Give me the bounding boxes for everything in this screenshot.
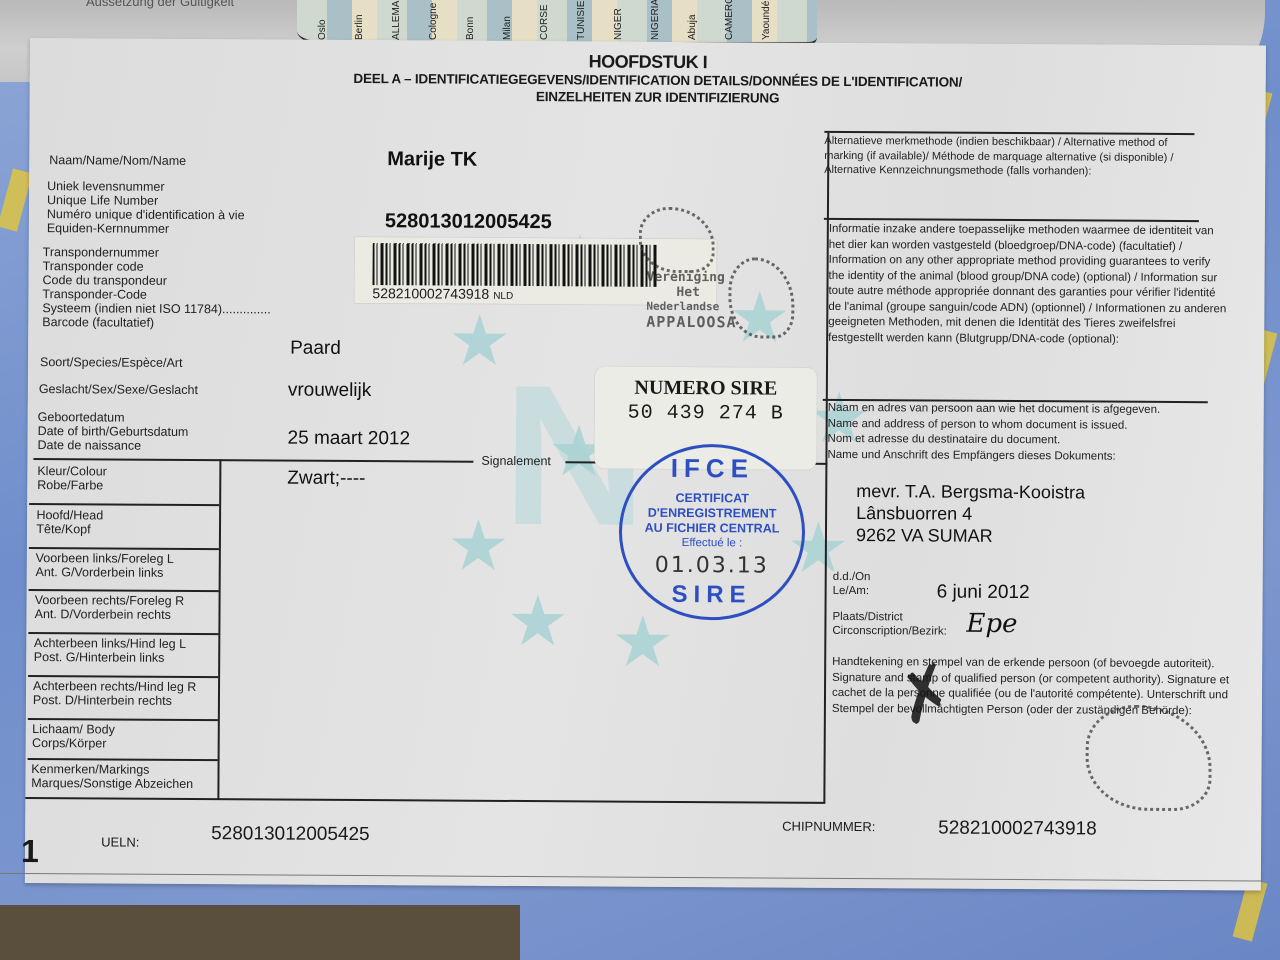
label-line: Transpondernummer bbox=[43, 245, 271, 260]
signalement-row-label: Kenmerken/MarkingsMarques/Sonstige Abzei… bbox=[31, 762, 193, 791]
label-line: Uniek levensnummer bbox=[47, 179, 245, 194]
divider bbox=[824, 218, 1199, 222]
map-label: Abuja bbox=[687, 14, 698, 40]
association-stamp: Vereniging Het Nederlandse APPALOOSA bbox=[646, 270, 737, 332]
label-line: Numéro unique d'identification à vie bbox=[47, 207, 245, 222]
ueln-footer-label: UELN: bbox=[101, 834, 139, 849]
horse-name: Marije TK bbox=[387, 148, 477, 172]
divider bbox=[25, 797, 825, 803]
label-line: Robe/Farbe bbox=[37, 478, 107, 492]
divider bbox=[29, 547, 219, 550]
signalement-row-label: Achterbeen links/Hind leg LPost. G/Hinte… bbox=[34, 636, 186, 665]
ueln-footer-value: 528013012005425 bbox=[211, 823, 370, 846]
divider bbox=[29, 589, 219, 592]
place-value: Epe bbox=[966, 609, 1017, 639]
divider bbox=[28, 632, 218, 635]
label-line: Barcode (facultatief) bbox=[42, 315, 270, 330]
ifce-effectue-label: Effectué le : bbox=[622, 537, 802, 550]
star-icon: ★ bbox=[448, 306, 511, 376]
signalement-row-label: Achterbeen rechts/Hind leg RPost. D/Hint… bbox=[33, 679, 196, 708]
name-label: Naam/Name/Nom/Name bbox=[49, 153, 186, 168]
page-number: 1 bbox=[21, 833, 39, 870]
map-window: OsloBerlinALLEMAGNECologneBonnMilanCORSE… bbox=[297, 0, 817, 45]
signalement-row-value: Zwart;---- bbox=[287, 468, 365, 490]
divider bbox=[28, 718, 218, 721]
stamp-line: Nederlandse bbox=[646, 300, 736, 314]
map-label: Milan bbox=[502, 16, 513, 40]
barcode-country: NLD bbox=[493, 291, 513, 302]
ifce-date: 01.03.13 bbox=[622, 553, 802, 579]
species-label: Soort/Species/Espèce/Art bbox=[40, 355, 183, 370]
chip-footer-value: 528210002743918 bbox=[938, 818, 1097, 841]
ifce-stamp: IFCE CERTIFICAT D'ENREGISTREMENT AU FICH… bbox=[618, 444, 805, 621]
expiry-label: Aussetzung der Gültigkeit bbox=[86, 0, 234, 9]
perforation-line bbox=[0, 873, 1261, 882]
label-line: Ant. G/Vorderbein links bbox=[35, 565, 173, 580]
stamp-line: APPALOOSA bbox=[646, 313, 736, 332]
recipient-label: Naam en adres van persoon aan wie het do… bbox=[827, 401, 1227, 465]
star-icon: ★ bbox=[611, 607, 674, 677]
signalement-row-label: Lichaam/ BodyCorps/Körper bbox=[32, 722, 115, 751]
passport-page: N ★ ★ ★ ★ ★ ★ ★ ★ ★ HOOFDSTUK I DEEL A –… bbox=[25, 38, 1266, 891]
recipient-name: mevr. T.A. Bergsma-Kooistra bbox=[856, 480, 1085, 503]
ueln-value: 528013012005425 bbox=[385, 210, 552, 234]
divider bbox=[217, 459, 221, 799]
label-line: Ant. D/Vorderbein rechts bbox=[35, 607, 184, 622]
sire-number: 50 439 274 B bbox=[595, 401, 817, 425]
issue-date-label: d.d./On Le/Am: bbox=[833, 570, 871, 598]
divider bbox=[29, 503, 219, 506]
label-line: Equiden-Kernnummer bbox=[47, 221, 245, 236]
label-line: Circonscription/Bezirk: bbox=[832, 624, 946, 639]
map-label: Berlin bbox=[354, 14, 365, 40]
background-fabric bbox=[0, 168, 32, 231]
label-line: Nom et adresse du destinataire du docume… bbox=[828, 432, 1228, 450]
label-line: Unique Life Number bbox=[47, 193, 245, 208]
label-line: Name und Anschrift des Empfängers dieses… bbox=[827, 447, 1227, 465]
map-label: Yaoundé bbox=[761, 1, 772, 40]
recipient-city: 9262 VA SUMAR bbox=[856, 524, 1085, 547]
label-line: Date de naissance bbox=[37, 438, 188, 453]
label-line: Le/Am: bbox=[833, 584, 871, 598]
divider bbox=[28, 675, 218, 678]
other-methods-label: Informatie inzake andere toepasselijke m… bbox=[828, 222, 1229, 348]
map-label: Cologne bbox=[428, 3, 439, 40]
label-line: Achterbeen rechts/Hind leg R bbox=[33, 679, 196, 694]
stamp-line: D'ENREGISTREMENT bbox=[622, 506, 802, 522]
dob-value: 25 maart 2012 bbox=[287, 428, 410, 451]
horse-stamp-icon bbox=[728, 257, 794, 338]
signalement-row-label: Kleur/ColourRobe/Farbe bbox=[37, 464, 107, 492]
label-line: Voorbeen rechts/Foreleg R bbox=[35, 593, 184, 608]
label-line: Naam en adres van persoon aan wie het do… bbox=[828, 401, 1228, 419]
issue-date-value: 6 juni 2012 bbox=[937, 582, 1030, 605]
map-label: Oslo bbox=[317, 19, 328, 40]
label-line: Date of birth/Geburtsdatum bbox=[38, 424, 189, 439]
label-line: Lichaam/ Body bbox=[32, 722, 115, 737]
label-line: Kleur/Colour bbox=[37, 464, 107, 478]
species-value: Paard bbox=[290, 338, 341, 360]
map-label: CAMEROUN bbox=[724, 0, 735, 40]
label-line: Hoofd/Head bbox=[36, 508, 103, 522]
section-title: DEEL A – IDENTIFICATIEGEGEVENS/IDENTIFIC… bbox=[200, 69, 1116, 109]
map-label: CORSE bbox=[539, 4, 550, 40]
ifce-stamp-top: IFCE bbox=[622, 453, 802, 485]
sex-value: vrouwelijk bbox=[288, 380, 372, 403]
sex-label: Geslacht/Sex/Sexe/Geslacht bbox=[39, 382, 198, 397]
barcode-digits: 528210002743918 bbox=[372, 285, 489, 302]
place-label: Plaats/District Circonscription/Bezirk: bbox=[832, 610, 947, 639]
stamp-line: Het bbox=[676, 285, 736, 300]
ifce-stamp-text: CERTIFICAT D'ENREGISTREMENT AU FICHIER C… bbox=[622, 491, 802, 537]
label-line: Transponder code bbox=[43, 259, 271, 274]
label-line: Geboortedatum bbox=[38, 410, 189, 425]
stamp-line: Vereniging bbox=[647, 270, 737, 286]
map-label: Bonn bbox=[465, 17, 476, 40]
map-label: TUNISIE bbox=[576, 1, 587, 40]
signalement-row-label: Voorbeen rechts/Foreleg RAnt. D/Vorderbe… bbox=[35, 593, 185, 622]
divider bbox=[33, 458, 473, 462]
label-line: Kenmerken/Markings bbox=[31, 762, 193, 777]
label-line: Voorbeen links/Foreleg L bbox=[36, 551, 174, 566]
transponder-label: Transpondernummer Transponder code Code … bbox=[42, 245, 271, 330]
stamp-line: CERTIFICAT bbox=[622, 491, 802, 507]
barcode bbox=[372, 243, 657, 287]
barcode-number: 528210002743918NLD bbox=[372, 285, 513, 302]
label-line: Code du transpondeur bbox=[42, 273, 270, 288]
label-line: d.d./On bbox=[833, 570, 871, 584]
star-icon: ★ bbox=[506, 586, 569, 656]
label-line: Post. G/Hinterbein links bbox=[34, 650, 186, 665]
star-icon: ★ bbox=[447, 511, 510, 581]
sire-title: NUMERO SIRE bbox=[595, 376, 817, 400]
label-line: Achterbeen links/Hind leg L bbox=[34, 636, 186, 651]
signalement-title: Signalement bbox=[481, 454, 551, 468]
label-line: Transponder-Code bbox=[42, 287, 270, 302]
horse-stamp-icon bbox=[1085, 704, 1212, 811]
label-line: Marques/Sonstige Abzeichen bbox=[31, 776, 193, 791]
label-line: Tête/Kopf bbox=[36, 522, 103, 536]
recipient-address: mevr. T.A. Bergsma-Kooistra Lânsbuorren … bbox=[856, 480, 1085, 547]
signalement-row-label: Hoofd/HeadTête/Kopf bbox=[36, 508, 103, 536]
map-label: ALLEMAGNE bbox=[391, 0, 402, 40]
label-line: Corps/Körper bbox=[32, 736, 115, 751]
ifce-stamp-bottom: SIRE bbox=[622, 581, 802, 610]
label-line: Post. D/Hinterbein rechts bbox=[33, 693, 196, 708]
background-floor bbox=[0, 905, 520, 960]
label-line: Plaats/District bbox=[832, 610, 946, 625]
map-label: NIGER bbox=[613, 8, 624, 40]
divider bbox=[28, 758, 218, 761]
recipient-street: Lânsbuorren 4 bbox=[856, 502, 1085, 525]
alt-marking-label: Alternatieve merkmethode (indien beschik… bbox=[824, 134, 1209, 180]
horse-stamp-icon bbox=[639, 207, 715, 273]
chip-footer-label: CHIPNUMMER: bbox=[782, 819, 875, 835]
signalement-row-label: Voorbeen links/Foreleg LAnt. G/Vorderbei… bbox=[35, 551, 173, 580]
map-label: NIGERIA bbox=[650, 0, 661, 40]
label-line: Systeem (indien niet ISO 11784).........… bbox=[42, 301, 270, 316]
stamp-line: AU FICHIER CENTRAL bbox=[622, 521, 802, 537]
ueln-label: Uniek levensnummer Unique Life Number Nu… bbox=[47, 179, 245, 236]
dob-label: Geboortedatum Date of birth/Geburtsdatum… bbox=[37, 410, 188, 453]
